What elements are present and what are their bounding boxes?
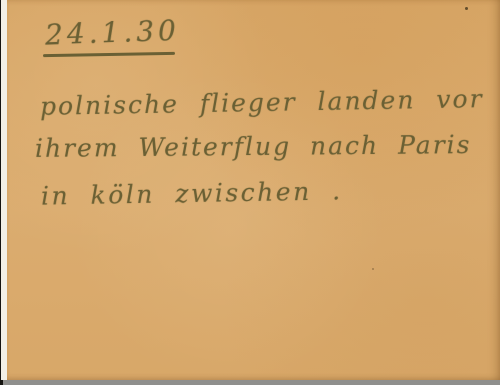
date-underline xyxy=(43,52,175,57)
handwriting-line-1: polnische flieger landen vor xyxy=(40,84,484,121)
note-card-paper: 24.1.30 polnische flieger landen vor ihr… xyxy=(7,0,500,380)
scanned-note-photo: 24.1.30 polnische flieger landen vor ihr… xyxy=(0,0,500,385)
handwriting-line-3: in köln zwischen . xyxy=(41,176,343,210)
paper-speck xyxy=(465,7,468,10)
paper-speck xyxy=(372,268,374,270)
handwriting-line-2: ihrem Weiterflug nach Paris xyxy=(35,130,472,163)
handwritten-date: 24.1.30 xyxy=(44,14,180,52)
